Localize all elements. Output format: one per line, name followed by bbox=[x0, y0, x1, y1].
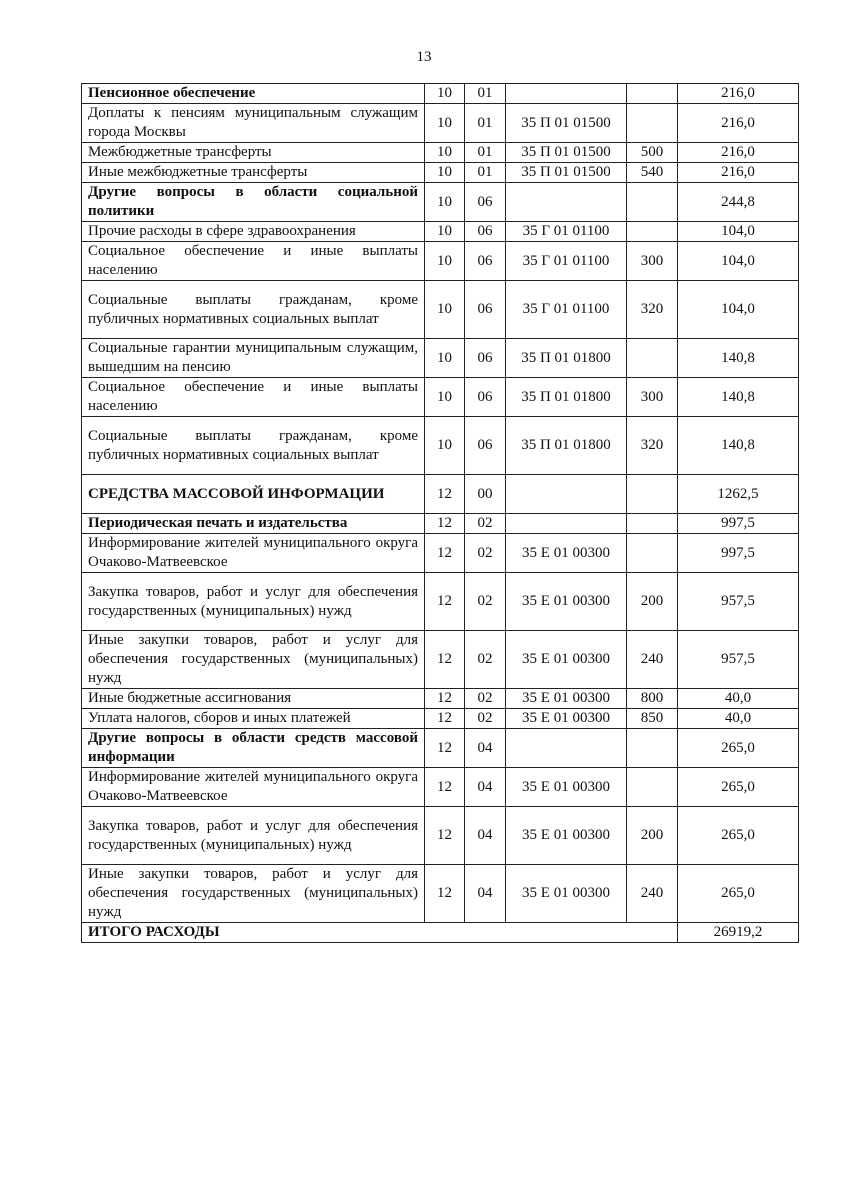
table-row: Социальные выплаты гражданам, кроме публ… bbox=[82, 281, 799, 339]
total-sum: 26919,2 bbox=[678, 923, 799, 943]
row-subsection-code: 04 bbox=[465, 807, 506, 865]
row-section-code: 12 bbox=[425, 807, 465, 865]
row-amount: 104,0 bbox=[678, 242, 799, 281]
row-expense-type bbox=[627, 729, 678, 768]
row-section-code: 10 bbox=[425, 242, 465, 281]
row-name: Социальные выплаты гражданам, кроме публ… bbox=[82, 417, 425, 475]
row-subsection-code: 06 bbox=[465, 222, 506, 242]
row-name: Информирование жителей муниципального ок… bbox=[82, 768, 425, 807]
row-amount: 40,0 bbox=[678, 709, 799, 729]
section-row: Другие вопросы в области социальной поли… bbox=[82, 183, 799, 222]
row-section-code: 12 bbox=[425, 514, 465, 534]
row-target-article: 35 П 01 01500 bbox=[506, 163, 627, 183]
row-target-article bbox=[506, 84, 627, 104]
row-subsection-code: 02 bbox=[465, 689, 506, 709]
row-section-code: 10 bbox=[425, 143, 465, 163]
row-section-code: 10 bbox=[425, 104, 465, 143]
row-section-code: 12 bbox=[425, 631, 465, 689]
row-target-article: 35 Е 01 00300 bbox=[506, 865, 627, 923]
row-amount: 997,5 bbox=[678, 534, 799, 573]
row-name: Периодическая печать и издательства bbox=[82, 514, 425, 534]
row-expense-type bbox=[627, 339, 678, 378]
row-amount: 216,0 bbox=[678, 84, 799, 104]
row-name: Доплаты к пенсиям муниципальным служащим… bbox=[82, 104, 425, 143]
expenditure-table-body: Пенсионное обеспечение1001216,0Доплаты к… bbox=[82, 84, 799, 923]
table-row: Иные межбюджетные трансферты100135 П 01 … bbox=[82, 163, 799, 183]
row-expense-type: 200 bbox=[627, 807, 678, 865]
row-name: Уплата налогов, сборов и иных платежей bbox=[82, 709, 425, 729]
row-target-article: 35 П 01 01500 bbox=[506, 104, 627, 143]
table-row: Социальные гарантии муниципальным служащ… bbox=[82, 339, 799, 378]
row-amount: 216,0 bbox=[678, 143, 799, 163]
table-row: Прочие расходы в сфере здравоохранения10… bbox=[82, 222, 799, 242]
table-row: Иные закупки товаров, работ и услуг для … bbox=[82, 631, 799, 689]
row-subsection-code: 06 bbox=[465, 242, 506, 281]
row-subsection-code: 04 bbox=[465, 865, 506, 923]
row-section-code: 12 bbox=[425, 689, 465, 709]
table-row: Доплаты к пенсиям муниципальным служащим… bbox=[82, 104, 799, 143]
row-subsection-code: 06 bbox=[465, 339, 506, 378]
row-amount: 216,0 bbox=[678, 163, 799, 183]
row-subsection-code: 00 bbox=[465, 475, 506, 514]
row-expense-type: 500 bbox=[627, 143, 678, 163]
row-target-article: 35 П 01 01800 bbox=[506, 417, 627, 475]
row-subsection-code: 02 bbox=[465, 709, 506, 729]
row-amount: 957,5 bbox=[678, 573, 799, 631]
row-subsection-code: 01 bbox=[465, 104, 506, 143]
row-subsection-code: 06 bbox=[465, 183, 506, 222]
row-name: Другие вопросы в области средств массово… bbox=[82, 729, 425, 768]
row-name: Иные закупки товаров, работ и услуг для … bbox=[82, 865, 425, 923]
row-expense-type bbox=[627, 104, 678, 143]
row-expense-type: 200 bbox=[627, 573, 678, 631]
row-expense-type: 540 bbox=[627, 163, 678, 183]
row-amount: 244,8 bbox=[678, 183, 799, 222]
table-row: Социальные выплаты гражданам, кроме публ… bbox=[82, 417, 799, 475]
row-expense-type bbox=[627, 84, 678, 104]
row-amount: 140,8 bbox=[678, 378, 799, 417]
row-expense-type: 320 bbox=[627, 417, 678, 475]
row-amount: 40,0 bbox=[678, 689, 799, 709]
row-target-article bbox=[506, 183, 627, 222]
row-subsection-code: 06 bbox=[465, 417, 506, 475]
row-section-code: 12 bbox=[425, 709, 465, 729]
row-section-code: 12 bbox=[425, 573, 465, 631]
row-section-code: 10 bbox=[425, 339, 465, 378]
row-section-code: 10 bbox=[425, 84, 465, 104]
row-subsection-code: 02 bbox=[465, 631, 506, 689]
row-section-code: 10 bbox=[425, 281, 465, 339]
row-name: Пенсионное обеспечение bbox=[82, 84, 425, 104]
row-target-article: 35 Е 01 00300 bbox=[506, 709, 627, 729]
row-expense-type bbox=[627, 514, 678, 534]
row-expense-type: 300 bbox=[627, 242, 678, 281]
row-subsection-code: 01 bbox=[465, 163, 506, 183]
table-row: Иные бюджетные ассигнования120235 Е 01 0… bbox=[82, 689, 799, 709]
section-row: Периодическая печать и издательства12029… bbox=[82, 514, 799, 534]
row-name: Социальное обеспечение и иные выплаты на… bbox=[82, 378, 425, 417]
row-target-article: 35 Г 01 01100 bbox=[506, 222, 627, 242]
row-subsection-code: 04 bbox=[465, 768, 506, 807]
row-name: Информирование жителей муниципального ок… bbox=[82, 534, 425, 573]
row-subsection-code: 02 bbox=[465, 573, 506, 631]
row-amount: 104,0 bbox=[678, 222, 799, 242]
row-target-article bbox=[506, 729, 627, 768]
row-name: Социальные выплаты гражданам, кроме публ… bbox=[82, 281, 425, 339]
section-row: Пенсионное обеспечение1001216,0 bbox=[82, 84, 799, 104]
table-row: Закупка товаров, работ и услуг для обесп… bbox=[82, 807, 799, 865]
row-target-article: 35 Г 01 01100 bbox=[506, 242, 627, 281]
row-name: Межбюджетные трансферты bbox=[82, 143, 425, 163]
row-name: Социальные гарантии муниципальным служащ… bbox=[82, 339, 425, 378]
table-row: Социальное обеспечение и иные выплаты на… bbox=[82, 378, 799, 417]
row-target-article: 35 Г 01 01100 bbox=[506, 281, 627, 339]
row-target-article: 35 Е 01 00300 bbox=[506, 689, 627, 709]
page-number: 13 bbox=[0, 49, 848, 66]
row-amount: 997,5 bbox=[678, 514, 799, 534]
row-amount: 1262,5 bbox=[678, 475, 799, 514]
row-name: Иные закупки товаров, работ и услуг для … bbox=[82, 631, 425, 689]
row-expense-type bbox=[627, 475, 678, 514]
row-expense-type: 850 bbox=[627, 709, 678, 729]
row-subsection-code: 06 bbox=[465, 378, 506, 417]
row-section-code: 12 bbox=[425, 534, 465, 573]
table-row: Межбюджетные трансферты100135 П 01 01500… bbox=[82, 143, 799, 163]
table-row: Иные закупки товаров, работ и услуг для … bbox=[82, 865, 799, 923]
row-expense-type: 300 bbox=[627, 378, 678, 417]
expenditure-table: Пенсионное обеспечение1001216,0Доплаты к… bbox=[81, 83, 799, 943]
row-subsection-code: 04 bbox=[465, 729, 506, 768]
row-amount: 265,0 bbox=[678, 768, 799, 807]
row-target-article: 35 Е 01 00300 bbox=[506, 631, 627, 689]
row-amount: 104,0 bbox=[678, 281, 799, 339]
row-target-article bbox=[506, 514, 627, 534]
row-target-article bbox=[506, 475, 627, 514]
row-section-code: 12 bbox=[425, 729, 465, 768]
row-name: Закупка товаров, работ и услуг для обесп… bbox=[82, 807, 425, 865]
table-row: Социальное обеспечение и иные выплаты на… bbox=[82, 242, 799, 281]
row-target-article: 35 Е 01 00300 bbox=[506, 573, 627, 631]
row-amount: 140,8 bbox=[678, 417, 799, 475]
row-amount: 265,0 bbox=[678, 729, 799, 768]
section-row: Другие вопросы в области средств массово… bbox=[82, 729, 799, 768]
table-row: Уплата налогов, сборов и иных платежей12… bbox=[82, 709, 799, 729]
row-expense-type bbox=[627, 534, 678, 573]
row-name: Социальное обеспечение и иные выплаты на… bbox=[82, 242, 425, 281]
row-target-article: 35 Е 01 00300 bbox=[506, 768, 627, 807]
row-amount: 265,0 bbox=[678, 865, 799, 923]
row-subsection-code: 02 bbox=[465, 514, 506, 534]
row-expense-type bbox=[627, 183, 678, 222]
row-section-code: 10 bbox=[425, 183, 465, 222]
row-subsection-code: 01 bbox=[465, 84, 506, 104]
row-expense-type: 320 bbox=[627, 281, 678, 339]
row-name: СРЕДСТВА МАССОВОЙ ИНФОРМАЦИИ bbox=[82, 475, 425, 514]
row-section-code: 10 bbox=[425, 417, 465, 475]
row-name: Прочие расходы в сфере здравоохранения bbox=[82, 222, 425, 242]
row-target-article: 35 П 01 01800 bbox=[506, 339, 627, 378]
row-target-article: 35 П 01 01800 bbox=[506, 378, 627, 417]
row-expense-type: 800 bbox=[627, 689, 678, 709]
row-subsection-code: 02 bbox=[465, 534, 506, 573]
row-expense-type bbox=[627, 222, 678, 242]
row-name: Другие вопросы в области социальной поли… bbox=[82, 183, 425, 222]
section-row: СРЕДСТВА МАССОВОЙ ИНФОРМАЦИИ12001262,5 bbox=[82, 475, 799, 514]
table-row: Информирование жителей муниципального ок… bbox=[82, 768, 799, 807]
row-section-code: 10 bbox=[425, 222, 465, 242]
row-expense-type: 240 bbox=[627, 631, 678, 689]
row-section-code: 12 bbox=[425, 768, 465, 807]
row-target-article: 35 Е 01 00300 bbox=[506, 534, 627, 573]
row-section-code: 12 bbox=[425, 475, 465, 514]
row-amount: 265,0 bbox=[678, 807, 799, 865]
row-name: Иные межбюджетные трансферты bbox=[82, 163, 425, 183]
row-section-code: 10 bbox=[425, 163, 465, 183]
row-target-article: 35 П 01 01500 bbox=[506, 143, 627, 163]
row-amount: 216,0 bbox=[678, 104, 799, 143]
row-subsection-code: 06 bbox=[465, 281, 506, 339]
row-section-code: 12 bbox=[425, 865, 465, 923]
table-row: Закупка товаров, работ и услуг для обесп… bbox=[82, 573, 799, 631]
row-target-article: 35 Е 01 00300 bbox=[506, 807, 627, 865]
row-name: Иные бюджетные ассигнования bbox=[82, 689, 425, 709]
row-name: Закупка товаров, работ и услуг для обесп… bbox=[82, 573, 425, 631]
table-row: Информирование жителей муниципального ок… bbox=[82, 534, 799, 573]
row-expense-type bbox=[627, 768, 678, 807]
row-subsection-code: 01 bbox=[465, 143, 506, 163]
row-expense-type: 240 bbox=[627, 865, 678, 923]
row-amount: 140,8 bbox=[678, 339, 799, 378]
row-section-code: 10 bbox=[425, 378, 465, 417]
row-amount: 957,5 bbox=[678, 631, 799, 689]
total-row: ИТОГО РАСХОДЫ 26919,2 bbox=[82, 923, 799, 943]
total-label: ИТОГО РАСХОДЫ bbox=[82, 923, 678, 943]
